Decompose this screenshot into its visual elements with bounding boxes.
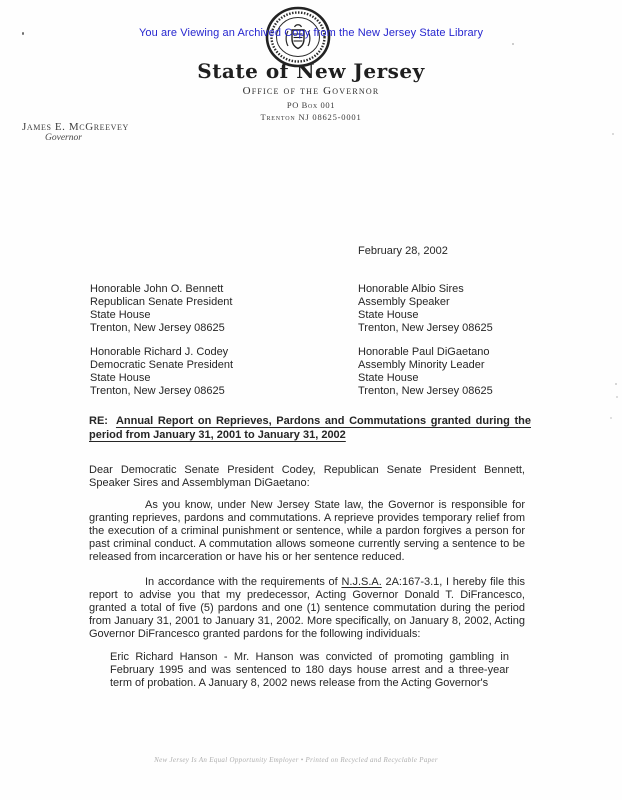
address-line: State House: [90, 372, 233, 385]
state-seal-icon: [264, 5, 332, 74]
address-line: State House: [358, 372, 493, 385]
letterhead-po-box: PO Box 001: [0, 100, 622, 110]
scanned-letter-page: You are Viewing an Archived Copy from th…: [0, 0, 622, 800]
re-subject-line1: RE:Annual Report on Reprieves, Pardons a…: [89, 415, 531, 429]
address-line: Trenton, New Jersey 08625: [358, 385, 493, 398]
re-subject-text2: period from January 31, 2001 to January …: [89, 429, 531, 443]
paragraph-2-text: In accordance with the requirements of: [145, 576, 341, 588]
scan-artifact: [616, 396, 618, 398]
page-footer: New Jersey Is An Equal Opportunity Emplo…: [0, 756, 592, 764]
address-line: Republican Senate President: [90, 296, 232, 309]
statute-citation: N.J.S.A.: [341, 576, 381, 588]
body-paragraph-2: In accordance with the requirements of N…: [89, 576, 525, 641]
re-label: RE:: [89, 415, 116, 427]
address-line: Honorable John O. Bennett: [90, 283, 232, 296]
address-line: Trenton, New Jersey 08625: [90, 385, 233, 398]
governor-name: James E. McGreevey: [22, 121, 129, 133]
letter-date: February 28, 2002: [358, 245, 448, 257]
re-subject-text1: Annual Report on Reprieves, Pardons and …: [116, 415, 531, 427]
address-line: Trenton, New Jersey 08625: [358, 322, 493, 335]
address-line: Honorable Richard J. Codey: [90, 346, 233, 359]
address-line: Trenton, New Jersey 08625: [90, 322, 232, 335]
re-subject: RE:Annual Report on Reprieves, Pardons a…: [89, 415, 531, 442]
address-line: Honorable Paul DiGaetano: [358, 346, 493, 359]
scan-artifact: [512, 43, 514, 45]
address-line: State House: [358, 309, 493, 322]
salutation: Dear Democratic Senate President Codey, …: [89, 464, 525, 490]
archive-banner-text: You are Viewing an Archived Copy from th…: [0, 27, 622, 39]
scan-artifact: [610, 417, 612, 419]
address-line: State House: [90, 309, 232, 322]
governor-title: Governor: [45, 133, 82, 143]
recipient-address-sires: Honorable Albio Sires Assembly Speaker S…: [358, 283, 493, 335]
body-paragraph-1: As you know, under New Jersey State law,…: [89, 499, 525, 564]
address-line: Democratic Senate President: [90, 359, 233, 372]
recipient-address-bennett: Honorable John O. Bennett Republican Sen…: [90, 283, 232, 335]
scan-artifact: [615, 383, 617, 385]
body-paragraph-3-hanson: Eric Richard Hanson - Mr. Hanson was con…: [110, 651, 509, 690]
address-line: Honorable Albio Sires: [358, 283, 493, 296]
recipient-address-codey: Honorable Richard J. Codey Democratic Se…: [90, 346, 233, 398]
letterhead-office: Office of the Governor: [0, 85, 622, 97]
recipient-address-digaetano: Honorable Paul DiGaetano Assembly Minori…: [358, 346, 493, 398]
address-line: Assembly Minority Leader: [358, 359, 493, 372]
address-line: Assembly Speaker: [358, 296, 493, 309]
scan-artifact: [612, 133, 614, 135]
